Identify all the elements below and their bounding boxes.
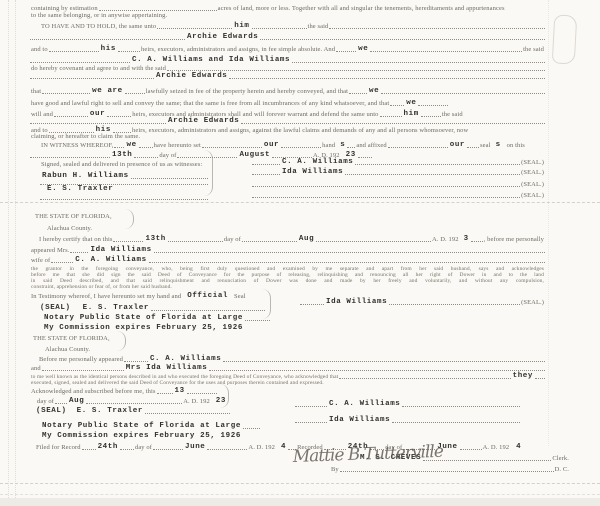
printed-text: and affixed [355, 143, 387, 150]
form-line: My Commission expires February 25, 1926 [30, 431, 255, 440]
dotted-rule [55, 402, 67, 404]
dotted-rule [316, 240, 431, 242]
dotted-rule [241, 122, 545, 124]
dotted-rule [347, 146, 355, 148]
printed-text: A. D. 192 [482, 445, 511, 452]
dotted-rule [370, 50, 522, 52]
dotted-rule [207, 448, 247, 450]
printed-text: the said [522, 47, 545, 54]
printed-text: A. D. 192 [182, 399, 211, 406]
printed-text: day of [223, 237, 242, 244]
dotted-rule [70, 251, 88, 253]
form-line: Archie Edwards [30, 32, 545, 41]
bottom-page-strip [0, 498, 600, 506]
typed-entry: him [232, 23, 251, 31]
dotted-rule [252, 173, 280, 175]
typed-entry: Archie Edwards [154, 73, 229, 81]
form-line: I hereby certify that on this13thday ofA… [30, 234, 545, 243]
printed-text: A. D. 192 [431, 237, 460, 244]
form-line: THE STATE OF FLORIDA, [34, 211, 200, 220]
typed-entry: My Commission expires February 25, 1926 [42, 325, 245, 333]
dotted-rule [120, 448, 134, 450]
form-line: claiming, or hereafter to claim the same… [30, 131, 545, 140]
dotted-rule [124, 360, 148, 362]
dotted-rule [154, 251, 545, 253]
typed-entry: Notary Public State of Florida at Large [40, 423, 243, 431]
form-line: (SEAL)E. S. Traxler [30, 406, 230, 415]
typed-entry: we are [90, 88, 125, 96]
dotted-rule [252, 185, 520, 187]
dotted-rule [281, 146, 321, 148]
dotted-rule [260, 38, 545, 40]
typed-entry: Notary Public State of Florida at Large [42, 315, 245, 323]
page-curl-mark [552, 14, 578, 64]
form-line: C. A. Williams [295, 399, 520, 408]
typed-entry: s [494, 142, 503, 150]
dotted-rule [355, 163, 520, 165]
dotted-rule [336, 50, 356, 52]
form-line: IN WITNESS WHEREOF,wehave hereunto setou… [30, 140, 545, 149]
dotted-rule [125, 92, 145, 94]
spacer [73, 311, 81, 312]
printed-text: have good and lawful right to sell and c… [30, 101, 390, 108]
typed-entry: 4 [279, 444, 288, 452]
form-line: Ida Williams(SEAL.) [300, 297, 545, 306]
spacer [30, 242, 38, 243]
form-line: Signed, sealed and delivered in presence… [30, 159, 210, 168]
dotted-rule [157, 392, 173, 394]
typed-entry: June [183, 444, 207, 452]
form-line: constraint, apprehension or fear of, or … [30, 281, 545, 290]
form-line: (SEAL.) [252, 190, 545, 199]
dotted-rule [471, 240, 483, 242]
typed-entry: My Commission expires February 25, 1926 [40, 433, 243, 441]
form-line: THE STATE OF FLORIDA, [32, 333, 200, 342]
dotted-rule [118, 50, 140, 52]
typed-entry: Archie Edwards [185, 34, 260, 42]
dotted-rule [30, 156, 110, 158]
typed-entry: Aug [297, 236, 316, 244]
typed-entry: his [99, 46, 118, 54]
typed-entry: 3 [462, 236, 471, 244]
printed-text: and to [30, 47, 49, 54]
dotted-rule [388, 146, 448, 148]
printed-text: (SEAL.) [520, 300, 545, 307]
form-line: day ofAugA. D. 19223 [30, 396, 228, 405]
right-margin-rule [548, 0, 549, 446]
form-line: executed, signed, sealed and delivered t… [30, 377, 545, 386]
dotted-rule [295, 405, 327, 407]
typed-entry: C. A. Williams [280, 159, 355, 167]
form-line: thatwe arelawfully seized in fee of the … [30, 86, 545, 95]
dotted-rule [82, 448, 96, 450]
printed-text: day of [134, 445, 153, 452]
form-line: Archie Edwards [30, 116, 545, 125]
form-line: appeared Mrs.Ida Williams [30, 245, 545, 254]
section-divider [0, 202, 600, 203]
dotted-rule [392, 421, 520, 423]
document-page: containing by estimationacres of land, m… [0, 0, 600, 506]
dotted-rule [467, 146, 479, 148]
printed-text: Clerk. [551, 456, 570, 463]
dotted-rule [329, 27, 545, 29]
spacer [30, 439, 40, 440]
dotted-rule [30, 77, 154, 79]
spacer [30, 167, 40, 168]
printed-text: Filed for Record [35, 445, 82, 452]
typed-entry: we [356, 46, 370, 54]
dotted-rule [49, 50, 99, 52]
form-line: Alachua County. [44, 344, 200, 353]
typed-entry: we [124, 142, 138, 150]
dotted-rule [30, 122, 166, 124]
typed-entry: Archie Edwards [166, 118, 241, 126]
printed-text: D. C. [554, 467, 570, 474]
printed-text: on this [506, 143, 526, 150]
form-line: Archie Edwards [30, 71, 545, 80]
typed-entry: Ida Williams [88, 247, 153, 255]
dotted-rule [187, 392, 217, 394]
dotted-rule [151, 309, 265, 311]
form-line: My Commission expires February 25, 1926 [30, 323, 270, 332]
dotted-rule [252, 196, 520, 198]
printed-text: Acknowledged and subscribed before me, t… [30, 389, 157, 396]
dotted-rule [202, 146, 262, 148]
spacer [30, 148, 40, 149]
form-line: Ida Williams [295, 415, 520, 424]
printed-text: (SEAL.) [520, 193, 545, 200]
dotted-rule [40, 198, 208, 200]
page-edge-line-1 [0, 483, 600, 484]
printed-text: (SEAL.) [520, 182, 545, 189]
dotted-rule [153, 448, 183, 450]
dotted-rule [168, 240, 223, 242]
printed-text: Seal [233, 294, 247, 301]
typed-entry: our [448, 142, 467, 150]
form-line: (SEAL.) [252, 179, 545, 188]
typed-entry: E. S. Traxler [81, 305, 151, 313]
dotted-rule [245, 319, 270, 321]
dotted-rule [389, 303, 520, 305]
dotted-rule [134, 156, 158, 158]
dotted-rule [381, 92, 545, 94]
printed-text: (SEAL.) [520, 160, 545, 167]
dotted-rule [157, 27, 232, 29]
printed-text: Signed, sealed and delivered in presence… [40, 162, 203, 169]
dotted-rule [30, 38, 185, 40]
dotted-rule [252, 163, 280, 165]
left-margin-rule-1 [8, 0, 9, 506]
typed-entry: C. A. Williams [327, 401, 402, 409]
dotted-rule [42, 92, 90, 94]
printed-text: that [30, 89, 42, 96]
spacer [30, 429, 40, 430]
dotted-rule [402, 405, 520, 407]
typed-entry: Aug [67, 398, 86, 406]
printed-text: heirs, executors, administrators and ass… [140, 47, 336, 54]
typed-entry: 23 [214, 398, 228, 406]
form-line: TO HAVE AND TO HOLD, the same untohimthe… [30, 21, 545, 30]
printed-text: have hereunto set [153, 143, 202, 150]
dotted-rule [223, 360, 545, 362]
typed-entry: (SEAL) [38, 305, 73, 313]
dotted-rule [114, 146, 124, 148]
printed-text: the said [307, 24, 330, 31]
typed-entry: 24th [96, 444, 120, 452]
dotted-rule [229, 77, 545, 79]
typed-entry: E. S. Traxler [75, 408, 145, 416]
dotted-rule [418, 104, 448, 106]
form-line: (SEAL)E. S. Traxler [30, 303, 265, 312]
printed-text: seal [479, 143, 492, 150]
dotted-rule [460, 448, 482, 450]
dotted-rule [349, 92, 367, 94]
printed-text: I hereby certify that on this [38, 237, 113, 244]
printed-text: A. D. 192 [247, 445, 276, 452]
typed-entry: 13th [110, 152, 134, 160]
form-line: Notary Public State of Florida at Large [30, 421, 260, 430]
dotted-rule [390, 104, 404, 106]
printed-text: IN WITNESS WHEREOF, [40, 143, 114, 150]
typed-entry: we [367, 88, 381, 96]
page-edge-line-2 [0, 494, 600, 495]
dotted-rule [86, 402, 182, 404]
printed-text: THE STATE OF FLORIDA, [34, 214, 113, 221]
printed-text: appeared Mrs. [30, 248, 70, 255]
typed-entry: 4 [514, 444, 523, 452]
printed-text: , before me personally [483, 237, 545, 244]
printed-text: constraint, apprehension or fear of, or … [30, 285, 173, 291]
dotted-rule [295, 421, 327, 423]
spacer [30, 331, 42, 332]
printed-text: THE STATE OF FLORIDA, [32, 336, 111, 343]
printed-text: Alachua County. [46, 226, 93, 233]
dotted-rule [139, 146, 153, 148]
typed-entry: 13 [173, 388, 187, 396]
printed-text: day of [36, 399, 55, 406]
dotted-rule [345, 173, 520, 175]
form-line: C. A. Williams(SEAL.) [252, 157, 545, 166]
form-line: Before me personally appearedC. A. Willi… [30, 354, 545, 363]
printed-text: Alachua County. [44, 347, 91, 354]
dotted-rule [177, 156, 237, 158]
form-line: have good and lawful right to sell and c… [30, 98, 545, 107]
typed-entry: (SEAL) [34, 408, 69, 416]
printed-text: hand [321, 143, 336, 150]
printed-text: (SEAL.) [520, 170, 545, 177]
typed-entry: Ida Williams [280, 169, 345, 177]
form-line: In Testimony whereof, I have hereunto se… [30, 291, 270, 300]
typed-entry: we [404, 100, 418, 108]
typed-entry: Ida Williams [324, 299, 389, 307]
typed-entry: s [338, 142, 347, 150]
dotted-rule [300, 303, 324, 305]
typed-entry: 13th [143, 236, 167, 244]
dotted-rule [242, 240, 297, 242]
spacer [30, 311, 38, 312]
typed-entry: our [262, 142, 281, 150]
typed-entry: Ida Williams [327, 417, 392, 425]
form-line: to the same belonging, or in anywise app… [30, 10, 545, 19]
dotted-rule [252, 27, 307, 29]
printed-text: TO HAVE AND TO HOLD, the same unto [40, 24, 157, 31]
clerk-signature: Mattie B Tutterville [292, 441, 463, 481]
form-line: Alachua County. [46, 223, 200, 232]
form-line: Notary Public State of Florida at Large [30, 313, 270, 322]
printed-text: In Testimony whereof, I have hereunto se… [30, 294, 182, 301]
printed-text: lawfully seized in fee of the property h… [145, 89, 349, 96]
left-margin-rule-2 [15, 0, 16, 506]
dotted-rule [243, 427, 260, 429]
form-line: Ida Williams(SEAL.) [252, 167, 545, 176]
form-line [40, 192, 208, 201]
spacer [30, 29, 40, 30]
form-line: and tohisheirs, executors, administrator… [30, 44, 545, 53]
dotted-rule [113, 240, 143, 242]
dotted-rule [145, 412, 230, 414]
typed-entry: C. A. Williams [148, 356, 223, 364]
spacer [30, 321, 42, 322]
typed-entry: Official [185, 293, 230, 301]
printed-text: to the same belonging, or in anywise app… [30, 13, 168, 20]
form-line: Acknowledged and subscribed before me, t… [30, 386, 232, 395]
